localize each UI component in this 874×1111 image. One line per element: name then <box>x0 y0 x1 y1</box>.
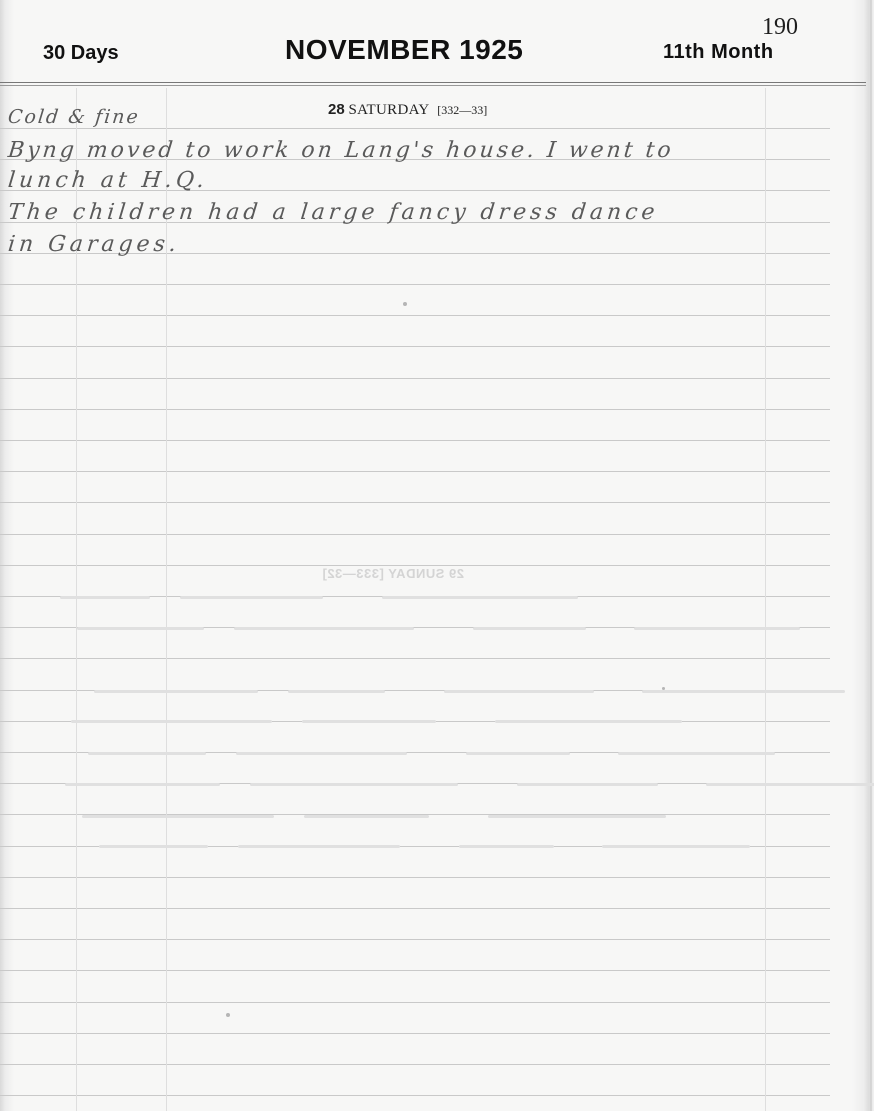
diary-page: 190 30 Days NOVEMBER 1925 11th Month 28 … <box>0 0 874 1111</box>
month-ordinal: 11th Month <box>663 41 774 64</box>
bleed-through-scribble <box>466 752 570 755</box>
bleed-through-scribble <box>238 845 400 848</box>
ruled-line <box>0 346 830 347</box>
ruled-line <box>0 409 830 410</box>
header-rule-bottom <box>0 85 866 86</box>
bleed-through-scribble <box>602 845 750 848</box>
bleed-through-scribble <box>473 627 586 630</box>
ruled-line <box>0 1033 830 1034</box>
paper-speck <box>662 687 665 690</box>
ruled-line <box>0 502 830 503</box>
bleed-through-scribble <box>517 783 658 786</box>
day-name: SATURDAY <box>348 102 429 118</box>
bleed-through-scribble <box>382 596 578 599</box>
ruled-line <box>0 315 830 316</box>
ruled-line <box>0 378 830 379</box>
day-number: 28 <box>328 101 345 118</box>
bleed-through-scribble <box>236 752 407 755</box>
bleed-through-scribble <box>288 690 385 693</box>
bleed-through-scribble <box>82 815 274 818</box>
bleed-through-scribble <box>304 815 429 818</box>
bleed-through-scribble <box>642 690 845 693</box>
bleed-through-scribble <box>60 596 150 599</box>
bleed-through-scribble <box>180 596 323 599</box>
ruled-line <box>0 128 830 129</box>
ruled-lines <box>0 0 874 1111</box>
ruled-line <box>0 1064 830 1065</box>
bleed-through-scribble <box>302 720 436 723</box>
paper-speck <box>226 1013 230 1017</box>
bleed-through-scribble <box>77 627 204 630</box>
bleed-through-scribble <box>618 752 775 755</box>
bleed-through-scribble <box>495 720 682 723</box>
page-number: 190 <box>762 14 798 41</box>
header-rule-top <box>0 82 866 83</box>
day-of-year-range: [332—33] <box>437 103 487 117</box>
bleed-through-scribble <box>444 690 594 693</box>
bleed-through-scribble <box>234 627 414 630</box>
bleed-through-scribble <box>99 845 208 848</box>
paper-speck <box>403 302 407 306</box>
margin-line <box>765 88 766 1111</box>
entry-line: Byng moved to work on Lang's house. I we… <box>7 138 675 163</box>
ruled-line <box>0 970 830 971</box>
ruled-line <box>0 471 830 472</box>
ruled-line <box>0 534 830 535</box>
entry-line: lunch at H.Q. <box>7 168 210 193</box>
bleed-through-scribble <box>488 815 666 818</box>
bleed-through-scribble <box>634 627 800 630</box>
bleed-through-heading: 29 SUNDAY [333—32] <box>322 566 464 581</box>
bleed-through-scribble <box>94 690 258 693</box>
ruled-line <box>0 658 830 659</box>
ruled-line <box>0 440 830 441</box>
ruled-line <box>0 939 830 940</box>
bleed-through-scribble <box>71 720 272 723</box>
day-heading: 28 SATURDAY [332—33] <box>328 101 487 119</box>
entry-line: in Garages. <box>7 232 182 257</box>
bleed-through-scribble <box>250 783 458 786</box>
days-in-month: 30 Days <box>43 42 119 65</box>
ruled-line <box>0 908 830 909</box>
page-title: NOVEMBER 1925 <box>285 34 523 66</box>
ruled-line <box>0 1095 830 1096</box>
bleed-through-scribble <box>88 752 206 755</box>
bleed-through-scribble <box>459 845 554 848</box>
ruled-line <box>0 877 830 878</box>
bleed-through-scribble <box>706 783 874 786</box>
bleed-through-scribble <box>65 783 220 786</box>
entry-line: The children had a large fancy dress dan… <box>7 200 660 225</box>
ruled-line <box>0 284 830 285</box>
entry-line: Cold & fine <box>7 106 141 128</box>
ruled-line <box>0 1002 830 1003</box>
